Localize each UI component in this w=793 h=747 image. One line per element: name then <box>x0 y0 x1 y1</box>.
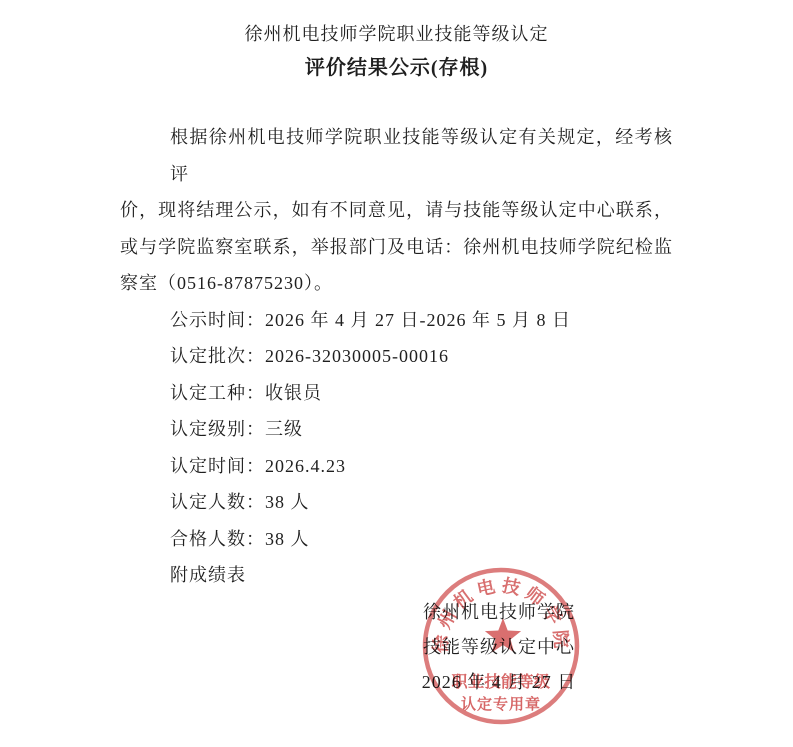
item-level: 认定级别：三级 <box>120 411 673 448</box>
item-attachment-note: 附成绩表 <box>120 557 673 594</box>
paragraph-line: 价，现将结理公示，如有不同意见，请与技能等级认定中心联系， <box>120 192 673 229</box>
signature-org-line1: 徐州机电技师学院 <box>378 595 620 630</box>
paragraph-line: 根据徐州机电技师学院职业技能等级认定有关规定，经考核评 <box>120 119 673 192</box>
document-title-line1: 徐州机电技师学院职业技能等级认定 <box>0 20 793 46</box>
paragraph-line: 或与学院监察室联系，举报部门及电话：徐州机电技师学院纪检监 <box>120 229 673 266</box>
document-page: 徐州机电技师学院职业技能等级认定 评价结果公示(存根) 根据徐州机电技师学院职业… <box>0 0 793 747</box>
item-publicity-period: 公示时间：2026 年 4 月 27 日-2026 年 5 月 8 日 <box>120 302 673 339</box>
item-assessment-date: 认定时间：2026.4.23 <box>120 448 673 485</box>
item-passed-count: 合格人数：38 人 <box>120 521 673 558</box>
signature-block: 徐州机电技师学院 技能等级认定中心 2026 年 4 月 27 日 <box>378 595 620 700</box>
item-occupation: 认定工种：收银员 <box>120 375 673 412</box>
signature-date: 2026 年 4 月 27 日 <box>378 665 620 700</box>
item-candidate-count: 认定人数：38 人 <box>120 484 673 521</box>
item-batch-number: 认定批次：2026-32030005-00016 <box>120 338 673 375</box>
document-title-line2: 评价结果公示(存根) <box>0 51 793 80</box>
document-body: 根据徐州机电技师学院职业技能等级认定有关规定，经考核评 价，现将结理公示，如有不… <box>120 119 673 594</box>
paragraph-line: 察室（0516-87875230）。 <box>120 265 673 302</box>
signature-org-line2: 技能等级认定中心 <box>378 630 620 665</box>
